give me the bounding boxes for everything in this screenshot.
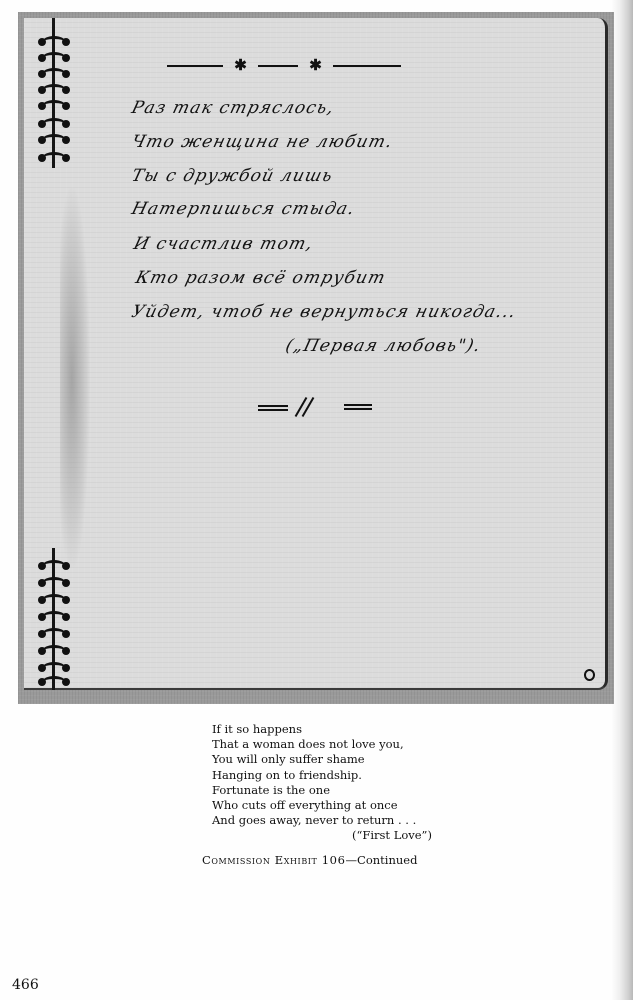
end-mark-divider — [258, 396, 378, 422]
translation-line: Hanging on to friendship. — [212, 768, 432, 783]
spiral-ring-icon — [38, 674, 70, 686]
page-gutter-shadow — [611, 0, 633, 1000]
spiral-ring-icon — [38, 34, 70, 46]
spiral-ring-icon — [38, 558, 70, 570]
handwritten-attribution: („Первая любовь"). — [284, 336, 484, 356]
exhibit-caption: Commission Exhibit 106—Continued — [202, 853, 417, 867]
document-page: ✱ ✱ Раз так стряслось, Что женщина не лю… — [0, 0, 633, 1000]
translation-line: Fortunate is the one — [212, 783, 432, 798]
spiral-ring-icon — [38, 132, 70, 144]
spiral-ring-icon — [38, 660, 70, 672]
spiral-ring-icon — [38, 66, 70, 78]
notebook-page: ✱ ✱ Раз так стряслось, Что женщина не лю… — [24, 18, 608, 690]
spiral-ring-icon — [38, 643, 70, 655]
circle-mark-icon — [584, 669, 595, 681]
spiral-ring-icon — [38, 98, 70, 110]
translation-line: If it so happens — [212, 722, 432, 737]
translation-line: And goes away, never to return . . . — [212, 813, 432, 828]
translation-line: You will only suffer shame — [212, 752, 432, 767]
spiral-ring-icon — [38, 50, 70, 62]
exhibit-suffix: —Continued — [346, 853, 418, 867]
asterisk-icon: ✱ — [234, 56, 247, 74]
spiral-ring-icon — [38, 150, 70, 162]
notebook-photograph: ✱ ✱ Раз так стряслось, Что женщина не лю… — [18, 12, 614, 704]
handwritten-line: Уйдет, чтоб не вернуться никогда... — [130, 302, 519, 322]
translation-line: That a woman does not love you, — [212, 737, 432, 752]
ornament-divider-top: ✱ ✱ — [167, 56, 401, 74]
handwritten-line: Что женщина не любит. — [130, 132, 396, 152]
handwritten-line: И счастлив тот, — [132, 234, 316, 254]
page-fold-shadow — [60, 188, 90, 568]
spiral-ring-icon — [38, 609, 70, 621]
handwritten-line: Кто разом всё отрубит — [134, 268, 389, 288]
asterisk-icon: ✱ — [309, 56, 322, 74]
spiral-ring-icon — [38, 82, 70, 94]
page-number: 466 — [12, 977, 39, 993]
spiral-ring-icon — [38, 575, 70, 587]
handwritten-line: Раз так стряслось, — [130, 98, 337, 118]
handwritten-line: Натерпишься стыда. — [130, 199, 358, 219]
spiral-ring-icon — [38, 592, 70, 604]
handwritten-line: Ты с дружбой лишь — [130, 166, 336, 186]
translation-line: Who cuts off everything at once — [212, 798, 432, 813]
poem-translation: If it so happens That a woman does not l… — [212, 722, 432, 844]
spiral-ring-icon — [38, 116, 70, 128]
spiral-ring-icon — [38, 626, 70, 638]
exhibit-label: Commission Exhibit 106 — [202, 853, 346, 867]
translation-attribution: (“First Love”) — [212, 828, 432, 843]
